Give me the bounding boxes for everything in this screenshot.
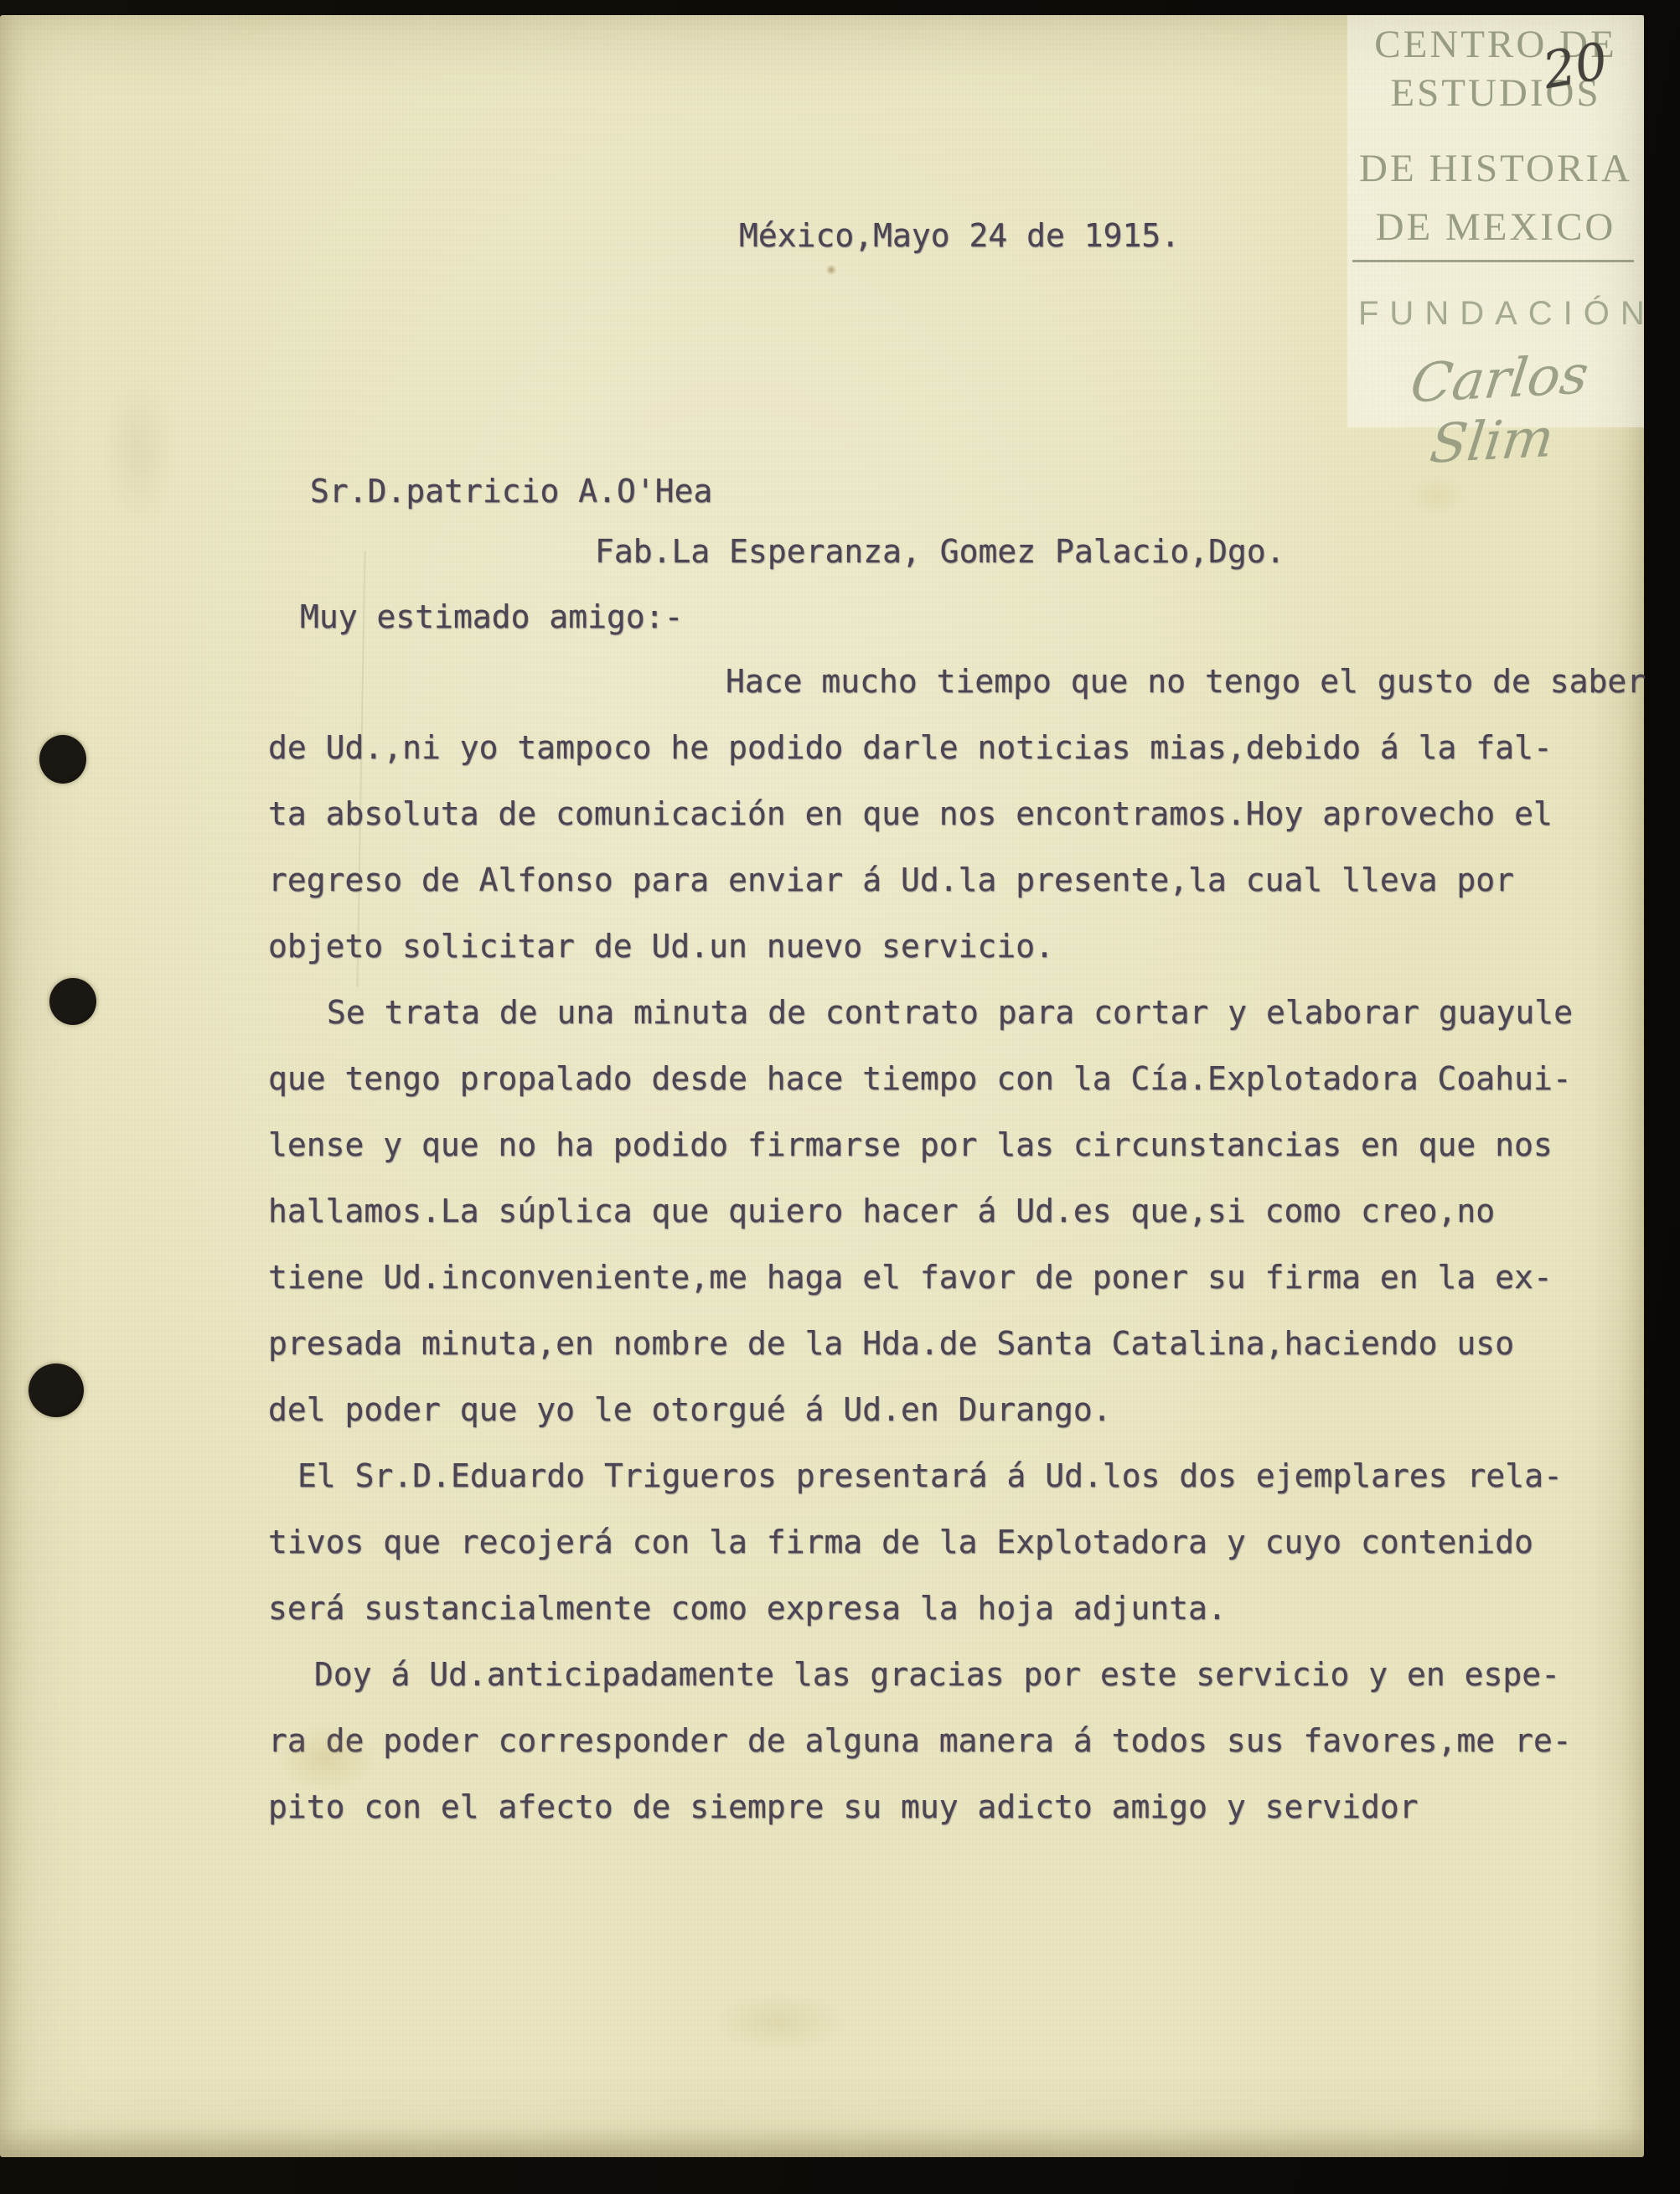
paper-stain — [101, 375, 176, 526]
letter-line: regreso de Alfonso para enviar á Ud.la p… — [268, 861, 1514, 899]
scan-background: México,Mayo 24 de 1915.Sr.D.patricio A.O… — [0, 0, 1680, 2194]
letter-line: Hace mucho tiempo que no tengo el gusto … — [726, 662, 1646, 701]
recipient-line: Sr.D.patricio A.O'Hea — [310, 472, 712, 510]
letter-line: tivos que recojerá con la firma de la Ex… — [268, 1523, 1533, 1561]
letter-line: presada minuta,en nombre de la Hda.de Sa… — [268, 1324, 1514, 1363]
paper-stain — [826, 265, 836, 275]
watermark-text-line: DE HISTORIA — [1347, 146, 1644, 191]
watermark-divider — [1352, 260, 1634, 262]
page-number: 20 — [1539, 32, 1612, 101]
letter-line: ra de poder corresponder de alguna maner… — [268, 1721, 1572, 1760]
recipient-address-line: Fab.La Esperanza, Gomez Palacio,Dgo. — [595, 532, 1285, 571]
letter-line: lense y que no ha podido firmarse por la… — [268, 1125, 1553, 1164]
letter-line: Se trata de una minuta de contrato para … — [327, 993, 1573, 1032]
punch-hole — [39, 735, 86, 784]
date-line: México,Mayo 24 de 1915. — [739, 216, 1180, 255]
letter-line: tiene Ud.inconveniente,me haga el favor … — [268, 1258, 1553, 1296]
letter-line: del poder que yo le otorgué á Ud.en Dura… — [268, 1390, 1112, 1429]
watermark-signature: Carlos Slim — [1338, 341, 1652, 480]
letter-line: Doy á Ud.anticipadamente las gracias por… — [314, 1655, 1560, 1694]
paper-stain — [712, 1993, 846, 2052]
letter-line: será sustancialmente como expresa la hoj… — [268, 1589, 1227, 1627]
punch-hole — [49, 978, 96, 1025]
punch-hole — [28, 1363, 84, 1417]
paper-stain — [1408, 476, 1466, 515]
letter-line: pito con el afecto de siempre su muy adi… — [268, 1788, 1419, 1826]
letter-line: objeto solicitar de Ud.un nuevo servicio… — [268, 927, 1054, 965]
salutation-line: Muy estimado amigo:- — [300, 598, 684, 636]
letter-line: que tengo propalado desde hace tiempo co… — [268, 1059, 1572, 1098]
letter-line: ta absoluta de comunicación en que nos e… — [268, 794, 1553, 833]
letter-line: El Sr.D.Eduardo Trigueros presentará á U… — [297, 1457, 1563, 1495]
watermark-foundation-label: FUNDACIÓN — [1347, 295, 1644, 333]
letter-page: México,Mayo 24 de 1915.Sr.D.patricio A.O… — [0, 15, 1644, 2157]
letter-line: de Ud.,ni yo tampoco he podido darle not… — [268, 728, 1553, 767]
letter-line: hallamos.La súplica que quiero hacer á U… — [268, 1192, 1495, 1230]
watermark-text-line: DE MEXICO — [1347, 204, 1644, 250]
